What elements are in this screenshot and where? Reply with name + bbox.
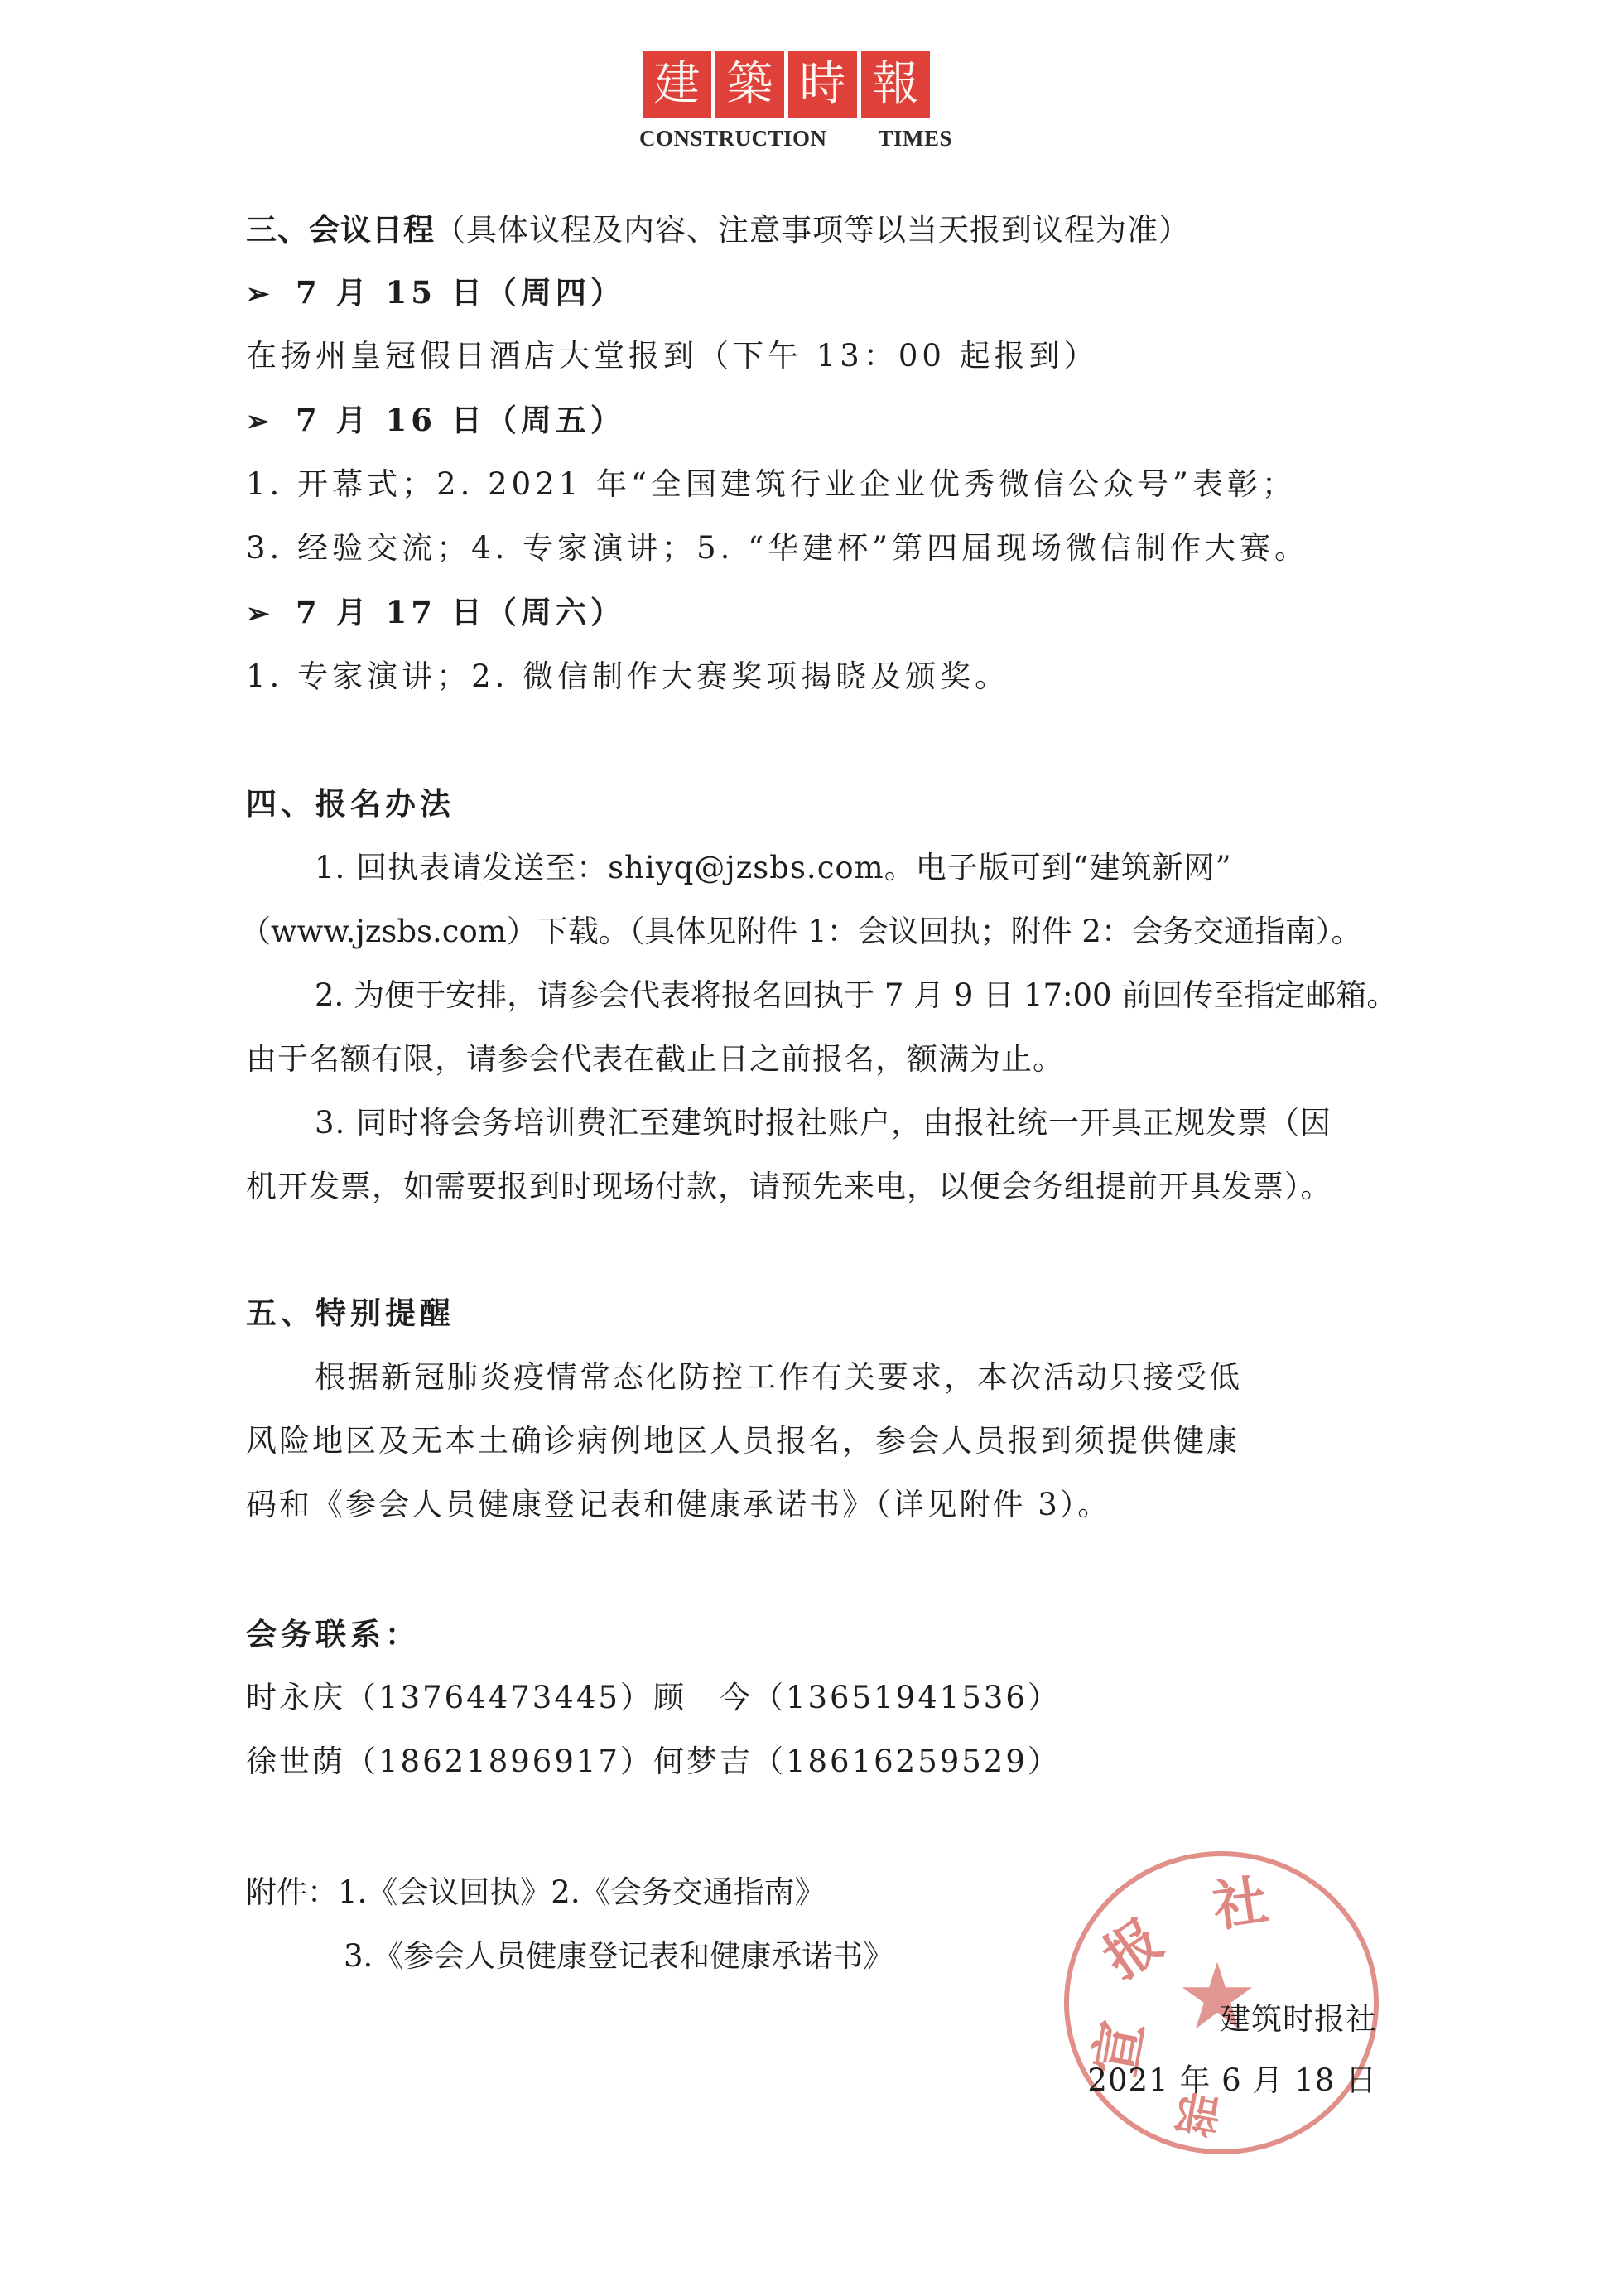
attachments-line: 附件：1.《会议回执》2.《会务交通指南》 — [246, 1874, 826, 1911]
masthead-logo: 建 築 時 報 — [643, 51, 930, 118]
logo-char-tile: 建 — [643, 51, 711, 118]
arrowhead-bullet-icon: ➢ — [246, 403, 296, 440]
logo-char-tile: 時 — [788, 51, 857, 118]
reminder-line: 码和《参会人员健康登记表和健康承诺书》（详见附件 3）。 — [246, 1487, 1110, 1523]
logo-char-tile: 築 — [715, 51, 784, 118]
registration-line: （www.jzsbs.com）下载。（具体见附件 1：会议回执；附件 2：会务交… — [240, 914, 1361, 950]
seal-char: 社 — [1210, 1873, 1272, 1935]
schedule-day-2: ➢7 月 16 日（周五） — [246, 402, 625, 438]
registration-line: 机开发票，如需要报到时现场付款，请预先来电，以便会务组提前开具发票）。 — [246, 1169, 1332, 1205]
section-heading-registration: 四、报名办法 — [246, 785, 455, 822]
contact-row: 时永庆（13764473445）顾 今（13651941536） — [246, 1680, 1061, 1716]
day-date: 7 月 15 日（周四） — [296, 274, 625, 311]
arrowhead-bullet-icon: ➢ — [246, 276, 296, 312]
arrowhead-bullet-icon: ➢ — [246, 596, 296, 632]
contact-row: 徐世荫（18621896917）何梦吉（18616259529） — [246, 1744, 1061, 1780]
schedule-day-3: ➢7 月 17 日（周六） — [246, 594, 625, 630]
section-heading-schedule: 三、会议日程（具体议程及内容、注意事项等以当天报到议程为准） — [246, 211, 1190, 248]
section-heading-reminder: 五、特别提醒 — [246, 1295, 455, 1331]
registration-line: 3. 同时将会务培训费汇至建筑时报社账户，由报社统一开具正规发票（因 — [315, 1105, 1332, 1141]
registration-line: 2. 为便于安排，请参会代表将报名回执于 7 月 9 日 17:00 前回传至指… — [315, 977, 1397, 1014]
schedule-day-1: ➢7 月 15 日（周四） — [246, 274, 625, 311]
heading-note: （具体议程及内容、注意事项等以当天报到议程为准） — [435, 212, 1190, 248]
registration-line: 1. 回执表请发送至：shiyq@jzsbs.com。电子版可到“建筑新网” — [315, 850, 1232, 886]
day-date: 7 月 17 日（周六） — [296, 594, 625, 630]
masthead-english-name: CONSTRUCTION TIMES — [639, 126, 952, 152]
day-date: 7 月 16 日（周五） — [296, 402, 625, 438]
reminder-line: 根据新冠肺炎疫情常态化防控工作有关要求，本次活动只接受低 — [315, 1359, 1242, 1396]
schedule-line: 1. 专家演讲；2. 微信制作大赛奖项揭晓及颁奖。 — [246, 658, 1009, 695]
reminder-line: 风险地区及无本土确诊病例地区人员报名，参会人员报到须提供健康 — [246, 1423, 1240, 1459]
schedule-line: 在扬州皇冠假日酒店大堂报到（下午 13：00 起报到） — [246, 338, 1099, 374]
logo-char-tile: 報 — [861, 51, 930, 118]
logo-word: CONSTRUCTION — [639, 126, 827, 152]
registration-line: 由于名额有限，请参会代表在截止日之前报名，额满为止。 — [246, 1041, 1064, 1078]
contacts-heading: 会务联系： — [246, 1616, 420, 1652]
attachments-line: 3.《参会人员健康登记表和健康承诺书》 — [344, 1938, 893, 1975]
schedule-line: 3. 经验交流；4. 专家演讲；5. “华建杯”第四届现场微信制作大赛。 — [246, 530, 1309, 567]
signature-date: 2021 年 6 月 18 日 — [1087, 2062, 1377, 2099]
heading-title: 三、会议日程 — [246, 211, 435, 248]
signature-organization: 建筑时报社 — [1220, 2001, 1377, 2038]
schedule-line: 1. 开幕式；2. 2021 年“全国建筑行业企业优秀微信公众号”表彰； — [246, 466, 1297, 503]
logo-word: TIMES — [878, 126, 952, 152]
